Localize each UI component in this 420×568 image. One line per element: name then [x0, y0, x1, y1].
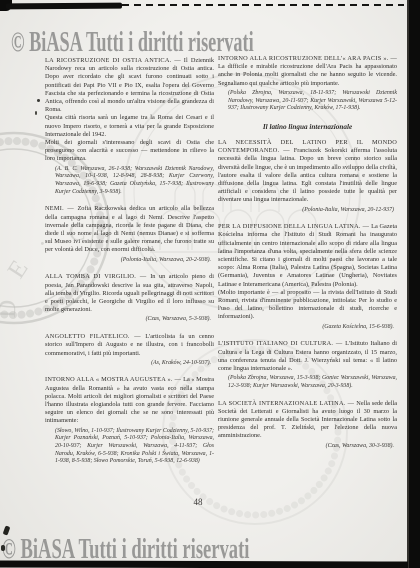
section-heading: INTORNO ALLA « MOSTRA AUGUSTEA ». —	[45, 376, 183, 383]
section-heading: ALLA TOMBA DI VIRGILIO. —	[45, 273, 150, 280]
latin-section-heading: Il latino lingua internazionale	[218, 123, 397, 131]
scanned-page: D E · C © BiASA Tutti i diritti riservat…	[0, 0, 420, 568]
section-body: La Gazeta Kościelna informa che l'Istitu…	[218, 223, 397, 287]
citation-societa-latina: (Czas, Warszawa, 30-3-938).	[218, 443, 394, 451]
section-ostia-para3: Molti dei giornali s'interessano degli s…	[45, 139, 214, 164]
scan-edge-bottom	[0, 560, 408, 568]
section-diffusione-latino-nota: (Molto importante è — al proposito — la …	[218, 289, 397, 322]
section-necessita-latino: LA NECESSITÀ DEL LATINO PER IL MONDO CON…	[218, 139, 397, 205]
scan-edge-top-dashes	[122, 4, 404, 6]
section-heading: INTORNO ALLA RICOSTRUZIONE DELL'« ARA PA…	[218, 55, 397, 62]
citation-necessita-latino: (Polonia-Italia, Warszawa, 20-12-937)	[218, 207, 394, 215]
scan-edge-top-band	[6, 3, 122, 10]
section-societa-latina: LA SOCIETÀ INTERNAZIONALE LATINA. — Nell…	[218, 400, 397, 441]
section-body: La « Mostra Augustea della Romanità » ha…	[45, 376, 214, 424]
citation-filatelico: (As, Kraków, 24-10-937).	[45, 360, 211, 368]
section-heading: LA SOCIETÀ INTERNAZIONALE LATINA. —	[218, 400, 356, 407]
section-nemi: NEMI. — Zofia Raczkowska dedica un artic…	[45, 205, 214, 254]
section-heading: LA RICOSTRUZIONE DI OSTIA ANTICA. — Il	[45, 57, 191, 64]
section-heading: NEMI. —	[45, 205, 77, 212]
section-ostia-para2: Questa città risorta sarà un legame tra …	[45, 114, 214, 139]
citation-diffusione-latino: (Gazeta Kościelna, 15-6-938).	[218, 324, 394, 332]
citation-virgilio: (Czas, Warszawa, 5-3-938).	[45, 316, 211, 324]
left-column: LA RICOSTRUZIONE DI OSTIA ANTICA. — Il D…	[45, 57, 214, 466]
citation-ara-pacis: (Polska Zbrojna, Warszawa, 18-11-937; Wa…	[228, 90, 397, 113]
section-ostia: LA RICOSTRUZIONE DI OSTIA ANTICA. — Il D…	[45, 57, 214, 114]
scan-speck	[1, 545, 5, 551]
right-column: INTORNO ALLA RICOSTRUZIONE DELL'« ARA PA…	[218, 55, 397, 450]
section-body: Dziennik Narodowy reca un articolo sulla…	[45, 57, 214, 113]
section-heading: PER LA DIFFUSIONE DELLA LINGUA LATINA. —	[218, 223, 371, 230]
section-heading: L'ISTITUTO ITALIANO DI CULTURA. —	[218, 340, 345, 347]
citation-istituto-cultura: (Polska Zbrojna, Warszawa, 15-3-938; Gon…	[228, 375, 397, 390]
section-body: Franciszek Sokorski afferma l'assoluta n…	[218, 147, 397, 203]
section-mostra-augustea: INTORNO ALLA « MOSTRA AUGUSTEA ». — La «…	[45, 376, 214, 425]
section-diffusione-latino: PER LA DIFFUSIONE DELLA LINGUA LATINA. —…	[218, 223, 397, 289]
section-heading: ANGOLETTO FILATELICO. —	[45, 333, 145, 340]
page-number: 48	[188, 497, 208, 507]
section-body: La difficile e mirabile ricostruzione de…	[218, 63, 397, 86]
scan-speck	[37, 99, 40, 102]
citation-mostra-augustea: (Słowo, Wilno, 1-10-937; Ilustrowany Kur…	[55, 428, 214, 467]
section-body: Zofia Raczkowska dedica un articolo alla…	[45, 205, 214, 253]
section-filatelico: ANGOLETTO FILATELICO. — L'articolista fa…	[45, 333, 214, 358]
section-istituto-cultura: L'ISTITUTO ITALIANO DI CULTURA. — L'Isti…	[218, 340, 397, 373]
citation-ostia: (A. B. C. Warszawa, 26-1-938; Warszawski…	[55, 166, 214, 197]
scan-edge-right	[407, 0, 420, 568]
scan-speck	[35, 111, 37, 115]
section-ara-pacis: INTORNO ALLA RICOSTRUZIONE DELL'« ARA PA…	[218, 55, 397, 88]
citation-nemi: (Polonia-Italia, Warszawa, 20-2-938).	[45, 257, 211, 265]
section-virgilio: ALLA TOMBA DI VIRGILIO. — In un articolo…	[45, 273, 214, 314]
